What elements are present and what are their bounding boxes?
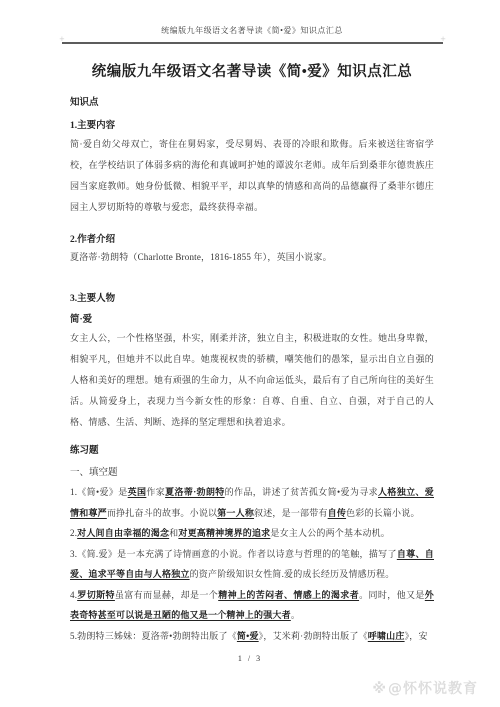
watermark: ※@怀怀说教育 [372, 678, 478, 698]
watermark-logo-icon: ※ [372, 681, 387, 697]
fill-blank-question-2: 2.对人间自由幸福的渴念和对更高精神境界的追求是女主人公的两个基本动机。 [70, 523, 434, 544]
fill-in-blank-heading: 一、填空题 [70, 466, 434, 480]
document-page: 统编版九年级语文名著导读《简•爱》知识点汇总 统编版九年级语文名著导读《简•爱》… [0, 0, 500, 707]
page-number: 1 / 3 [0, 654, 500, 663]
section-body-characters: 女主人公，一个性格坚强，朴实，刚柔并济，独立自主，积极进取的女性。她出身卑微，相… [70, 328, 434, 433]
header-rule [62, 42, 443, 44]
section-body-author: 夏洛蒂·勃朗特（Charlotte Bronte，1816-1855 年），英国… [70, 250, 434, 264]
knowledge-label: 知识点 [70, 96, 434, 110]
section-heading-author: 2.作者介绍 [70, 233, 434, 247]
fill-blank-question-4: 4.罗切斯特虽富有而显赫，却是一个精神上的苦闷者、情感上的渴求者。同时，他又是外… [70, 585, 434, 626]
watermark-text: @怀怀说教育 [388, 681, 478, 697]
fill-blank-question-3: 3.《简.爱》是一本充满了诗情画意的小说。作者以诗意与哲理的的笔触，描写了自尊、… [70, 544, 434, 585]
section-heading-main-content: 1.主要内容 [70, 119, 434, 133]
exercises-label: 练习题 [70, 444, 434, 458]
doc-title: 统编版九年级语文名著导读《简•爱》知识点汇总 [70, 60, 434, 84]
section-body-main-content: 简·爱自幼父母双亡，寄住在舅妈家，受尽舅妈、表哥的冷眼和欺侮。后来被送往寄宿学校… [70, 134, 434, 218]
fill-blank-question-1: 1.《简•爱》是英国作家夏洛蒂·勃朗特的作品，讲述了贫苦孤女简•爱为寻求人格独立… [70, 482, 434, 523]
fill-blank-question-5: 5.勃朗特三姊妹：夏洛蒂•勃朗特出版了《简•爱》，艾米莉·勃朗特出版了《呼啸山庄… [70, 626, 434, 647]
section-heading-characters: 3.主要人物 [70, 292, 434, 306]
running-header: 统编版九年级语文名著导读《简•爱》知识点汇总 [70, 0, 434, 36]
character-name: 简·爱 [70, 313, 434, 327]
